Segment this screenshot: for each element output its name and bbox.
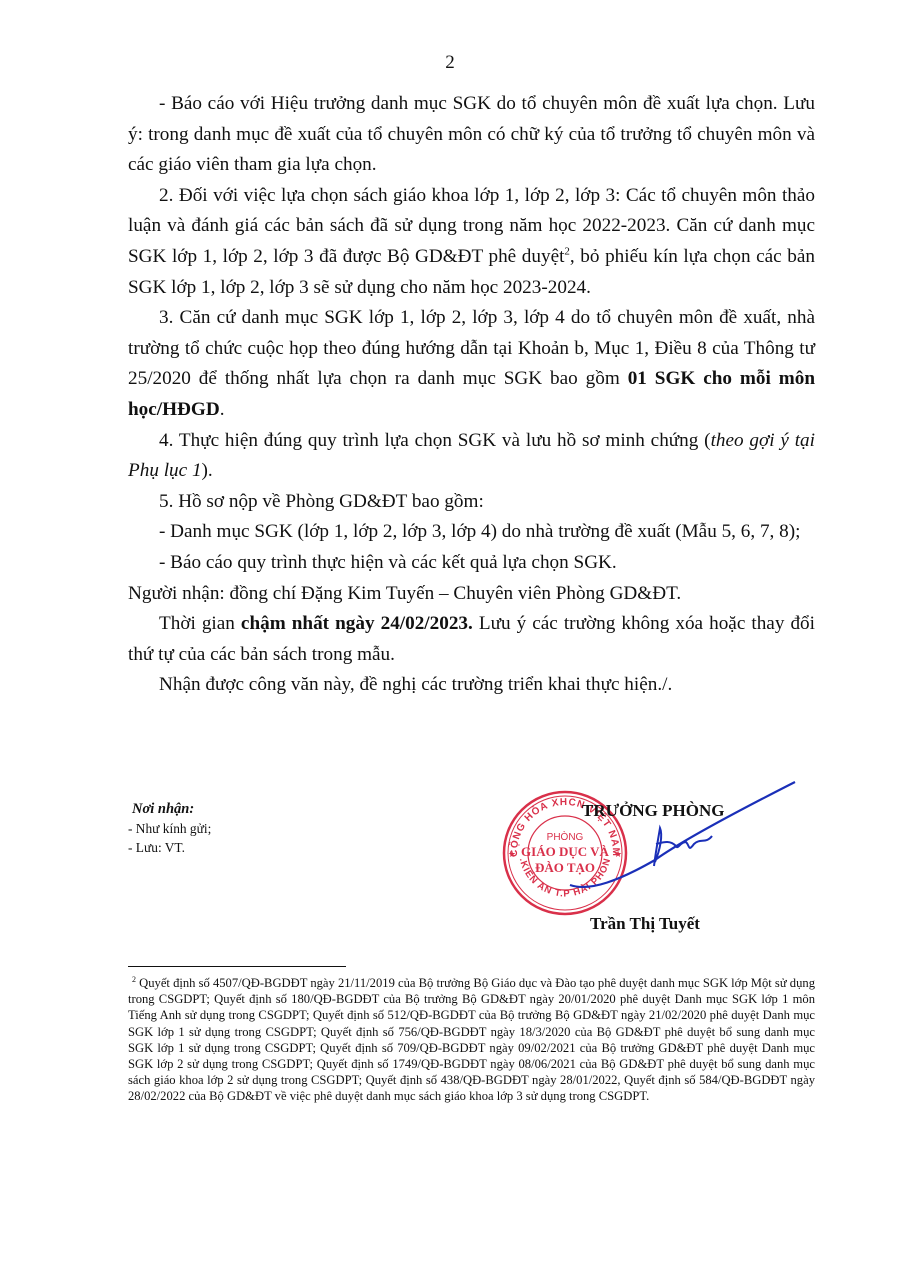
recipients-block: Nơi nhận: - Như kính gửi; - Lưu: VT. (128, 800, 211, 857)
paragraph-item-4: 4. Thực hiện đúng quy trình lựa chọn SGK… (128, 426, 815, 487)
paragraph-item-3: 3. Căn cứ danh mục SGK lớp 1, lớp 2, lớp… (128, 303, 815, 425)
paragraph-text: - Danh mục SGK (lớp 1, lớp 2, lớp 3, lớp… (159, 521, 800, 542)
paragraph-text: ). (202, 460, 213, 481)
paragraph-text: - Báo cáo quy trình thực hiện và các kết… (159, 552, 617, 573)
recipient-item: - Như kính gửi; (128, 819, 211, 838)
deadline-emphasis: chậm nhất ngày 24/02/2023. (241, 613, 473, 634)
paragraph-text: 4. Thực hiện đúng quy trình lựa chọn SGK… (159, 430, 711, 451)
paragraph-report: - Báo cáo với Hiệu trưởng danh mục SGK d… (128, 89, 815, 181)
paragraph-text: Người nhận: đồng chí Đặng Kim Tuyến – Ch… (128, 583, 681, 604)
paragraph-deadline: Thời gian chậm nhất ngày 24/02/2023. Lưu… (128, 609, 815, 670)
paragraph-text: - Báo cáo với Hiệu trưởng danh mục SGK d… (128, 93, 815, 175)
paragraph-receiver: Người nhận: đồng chí Đặng Kim Tuyến – Ch… (128, 579, 815, 610)
signature-block: CỘNG HÒA XHCN VIỆT NAM Q.KIẾN AN T.P HẢI… (500, 780, 800, 945)
footnote: 2 Quyết định số 4507/QĐ-BGDĐT ngày 21/11… (128, 975, 815, 1105)
paragraph-text: Nhận được công văn này, đề nghị các trườ… (159, 674, 672, 695)
paragraph-text: 5. Hồ sơ nộp về Phòng GD&ĐT bao gồm: (159, 491, 484, 512)
recipients-title: Nơi nhận: (132, 800, 211, 819)
footnote-separator (128, 966, 346, 967)
paragraph-list-1: - Danh mục SGK (lớp 1, lớp 2, lớp 3, lớp… (128, 517, 815, 548)
paragraph-closing: Nhận được công văn này, đề nghị các trườ… (128, 670, 815, 701)
svg-text:★: ★ (508, 849, 516, 859)
footnote-number: 2 (132, 975, 136, 984)
document-body: - Báo cáo với Hiệu trưởng danh mục SGK d… (128, 89, 815, 701)
footnote-text: Quyết định số 4507/QĐ-BGDĐT ngày 21/11/2… (128, 976, 815, 1103)
paragraph-item-2: 2. Đối với việc lựa chọn sách giáo khoa … (128, 181, 815, 303)
paragraph-item-5: 5. Hồ sơ nộp về Phòng GD&ĐT bao gồm: (128, 487, 815, 518)
paragraph-list-2: - Báo cáo quy trình thực hiện và các kết… (128, 548, 815, 579)
handwritten-signature-icon (560, 780, 800, 900)
signer-name: Trần Thị Tuyết (590, 914, 700, 934)
paragraph-text: . (220, 399, 225, 420)
page-number: 2 (0, 52, 900, 74)
paragraph-text: Thời gian (159, 613, 241, 634)
recipient-item: - Lưu: VT. (128, 838, 211, 857)
